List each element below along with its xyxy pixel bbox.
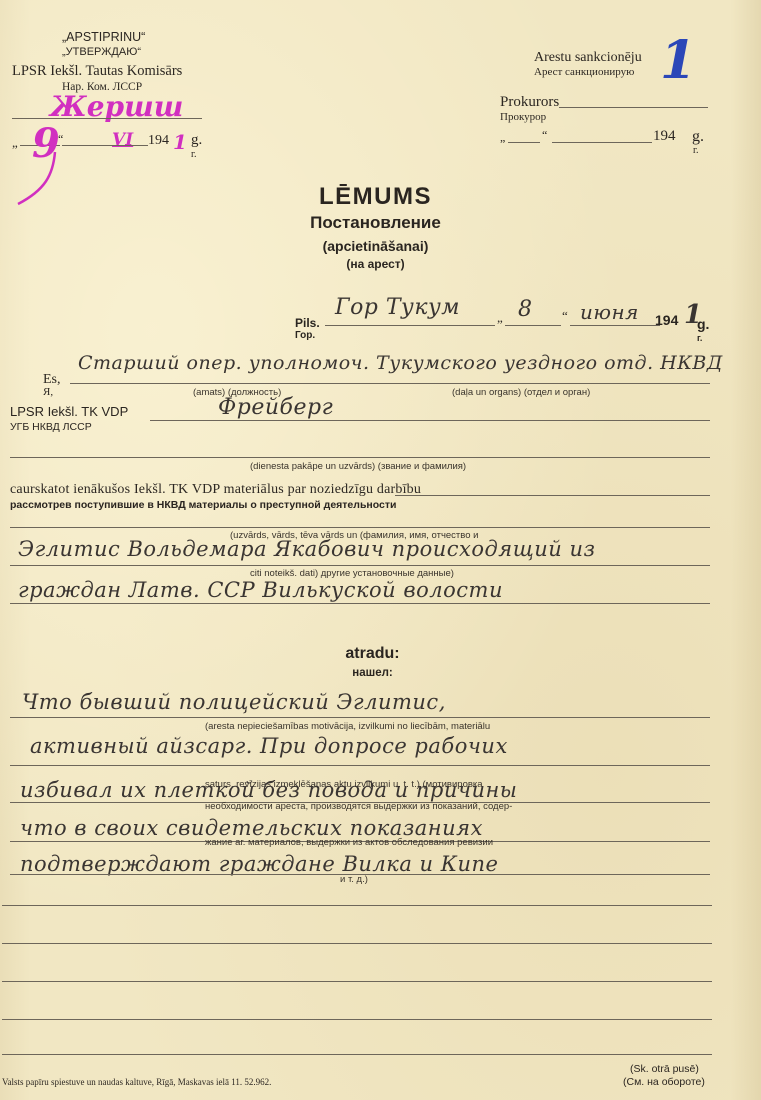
- subtitle-lv: (apcietināšanai): [0, 238, 761, 254]
- caption-rank: (dienesta pakāpe un uzvārds) (звание и ф…: [250, 461, 466, 472]
- finding-caption-4: жание аг. материалов, выдержки из актов …: [205, 837, 493, 848]
- agency-label-ru: УГБ НКВД ЛССР: [10, 421, 92, 433]
- position-line: [70, 383, 710, 384]
- day-value[interactable]: 8: [518, 297, 533, 322]
- page-title-lv: LĒMUMS: [0, 183, 761, 211]
- day-line: [505, 325, 561, 326]
- g-ru: г.: [697, 333, 702, 343]
- approval-label-lv: „APSTIPRINU“: [62, 30, 145, 44]
- finding-heading-lv: atradu:: [0, 645, 761, 663]
- approval-year-prefix: 194: [148, 133, 169, 149]
- sanction-quote-close: “: [542, 128, 547, 143]
- subtitle-ru: (на арест): [0, 257, 761, 271]
- subject-line-1-value[interactable]: Эглитис Вольдемара Якабович происходящий…: [18, 537, 595, 561]
- prosecutor-label-ru: Прокурор: [500, 111, 546, 123]
- see-back-ru: (См. на обороте): [623, 1076, 705, 1088]
- sanction-quote-open: „: [500, 130, 505, 145]
- finding-caption-3: необходимости ареста, производятся выдер…: [205, 801, 512, 812]
- finding-rule-2: [10, 765, 710, 766]
- page-title-ru: Постановление: [0, 213, 761, 233]
- approval-date-month: VI: [112, 130, 133, 150]
- sanction-label-ru: Арест санкционирую: [534, 66, 634, 78]
- city-value[interactable]: Гор Тукум: [335, 295, 460, 320]
- es-label-ru: Я,: [43, 386, 53, 398]
- agency-label-lv: LPSR Iekšl. TK VDP: [10, 404, 128, 419]
- title-block: LĒMUMS Постановление (apcietināšanai) (н…: [0, 183, 761, 271]
- finding-heading-ru: нашел:: [0, 667, 761, 679]
- blank-rule-2[interactable]: [2, 943, 712, 944]
- finding-heading: atradu: нашел:: [0, 645, 761, 679]
- officer-name-value[interactable]: Фрейберг: [218, 395, 333, 420]
- finding-caption-5: и т. д.): [340, 874, 368, 885]
- prosecutor-label-lv: Prokurors: [500, 94, 559, 111]
- page-number: 1: [660, 30, 696, 91]
- blank-rule-3[interactable]: [2, 981, 712, 982]
- day-quote-open: „: [497, 310, 503, 326]
- sanction-year-prefix: 194: [653, 128, 676, 145]
- approval-year-suffix: 1: [173, 130, 187, 154]
- review-line: [395, 495, 710, 496]
- approval-quote-open: „: [12, 135, 18, 151]
- approval-position-lv: LPSR Iekšl. Tautas Komisārs: [12, 63, 182, 80]
- g-lv: g.: [697, 316, 709, 332]
- approval-g-lv: g.: [191, 132, 202, 149]
- approval-signature-line: [12, 118, 202, 119]
- sanction-g-lv: g.: [692, 128, 704, 146]
- review-text-lv: caurskatot ienākušos Iekšl. TK VDP mater…: [10, 482, 421, 498]
- finding-caption-1: (aresta nepieciešamības motivācija, izvi…: [205, 721, 490, 732]
- subject-line-2: [10, 603, 710, 604]
- subject-line-0: [10, 527, 710, 528]
- city-label-ru: Гор.: [295, 330, 315, 341]
- sanction-month-line[interactable]: [552, 142, 652, 143]
- finding-rule-1: [10, 717, 710, 718]
- finding-line-5[interactable]: подтверждают граждане Вилка и Кипе: [20, 852, 498, 876]
- finding-line-1[interactable]: Что бывший полицейский Эглитис,: [22, 690, 446, 714]
- printer-imprint: Valsts papīru spiestuve un naudas kaltuv…: [2, 1077, 271, 1087]
- blank-rule-4[interactable]: [2, 1019, 712, 1020]
- day-quote-close: “: [562, 308, 568, 324]
- blank-rule-1[interactable]: [2, 905, 712, 906]
- blank-rule-5[interactable]: [2, 1054, 712, 1055]
- approval-month-line: [62, 145, 148, 146]
- approval-label-ru: „УТВЕРЖДАЮ“: [62, 46, 141, 58]
- city-label-lv: Pils.: [295, 316, 320, 330]
- subject-line-2-value[interactable]: граждан Латв. ССР Вилькуской волости: [18, 578, 503, 602]
- sanction-label-lv: Arestu sankcionēju: [534, 50, 642, 66]
- name-line: [150, 420, 710, 421]
- rank-line: [10, 457, 710, 458]
- finding-line-3[interactable]: избивал их плеткой без повода и причины: [20, 778, 517, 802]
- subject-line-1: [10, 565, 710, 566]
- prosecutor-signature-line[interactable]: [559, 107, 708, 108]
- caption-department: (daļa un organs) (отдел и орган): [452, 387, 590, 398]
- see-back-lv: (Sk. otrā pusē): [630, 1063, 699, 1075]
- approval-g-ru: г.: [191, 149, 196, 160]
- review-text-ru: рассмотрев поступившие в НКВД материалы …: [10, 499, 396, 511]
- month-value[interactable]: июня: [580, 300, 639, 324]
- officer-position-value[interactable]: Старший опер. уполномоч. Тукумского уезд…: [78, 352, 723, 374]
- month-line: [570, 325, 660, 326]
- finding-line-2[interactable]: активный айзсарг. При допросе рабочих: [30, 734, 508, 758]
- sanction-g-ru: г.: [693, 145, 698, 156]
- year-prefix: 194: [655, 312, 678, 328]
- city-line: [325, 325, 495, 326]
- sanction-day-line[interactable]: [508, 142, 540, 143]
